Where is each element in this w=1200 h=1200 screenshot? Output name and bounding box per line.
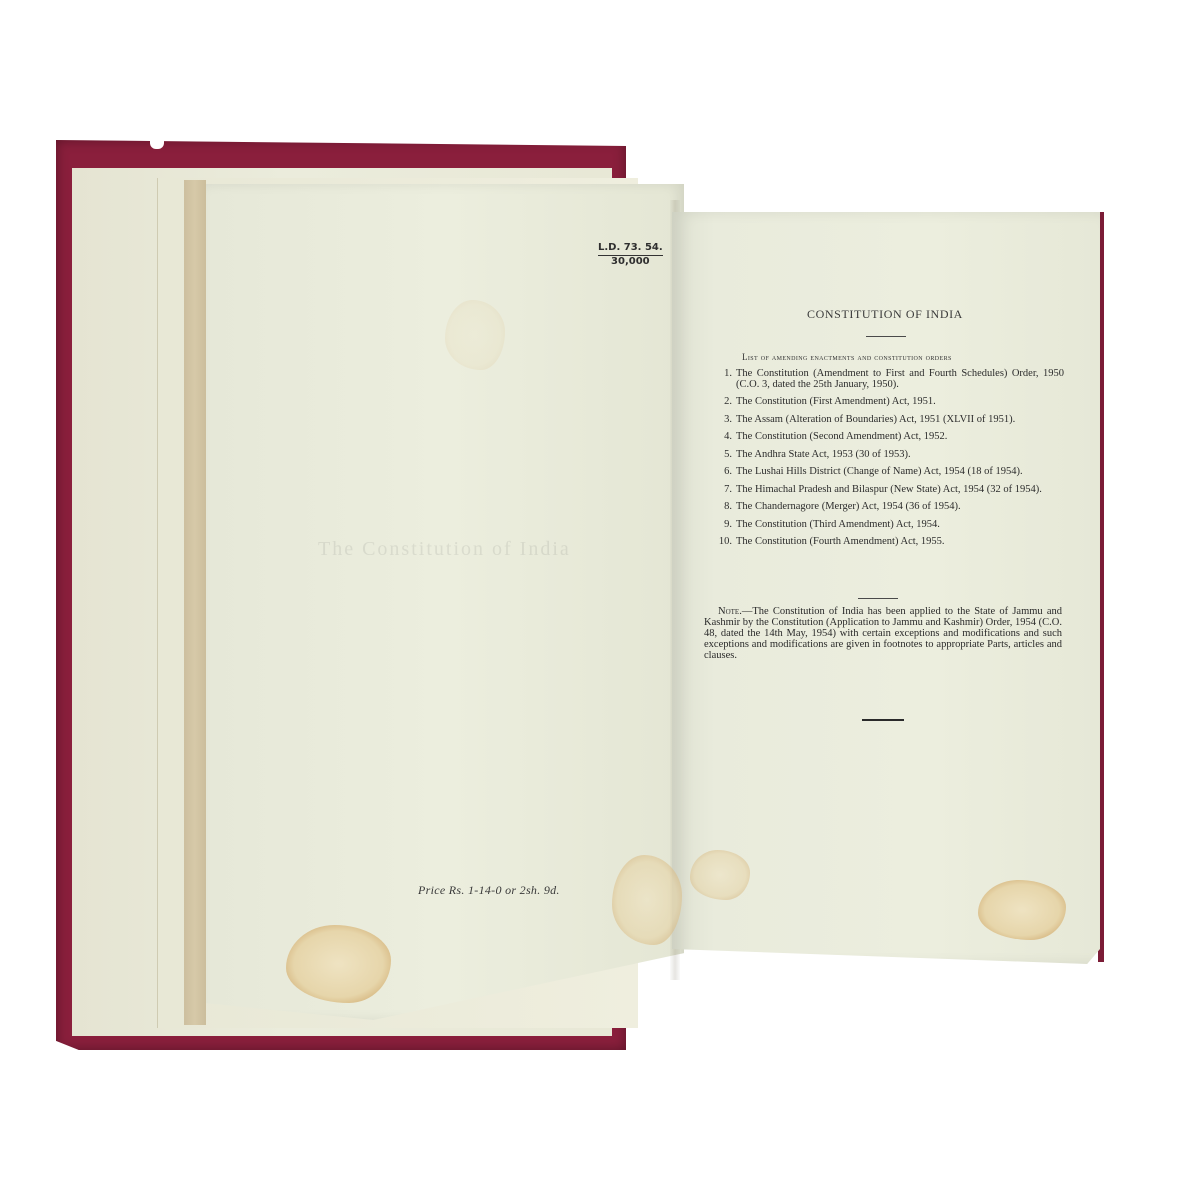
faded-show-through-title: The Constitution of India [318, 538, 571, 561]
list-item: 8.The Chandernagore (Merger) Act, 1954 (… [718, 502, 1064, 513]
water-stain [690, 850, 750, 900]
water-stain [286, 925, 391, 1003]
amendments-list: 1.The Constitution (Amendment to First a… [718, 369, 1064, 555]
list-item: 5.The Andhra State Act, 1953 (30 of 1953… [718, 450, 1064, 461]
list-item: 9.The Constitution (Third Amendment) Act… [718, 520, 1064, 531]
faint-stain [445, 300, 505, 370]
binding-tape-strip [184, 180, 206, 1025]
note-paragraph: Note.—The Constitution of India has been… [704, 606, 1062, 661]
list-item: 7.The Himachal Pradesh and Bilaspur (New… [718, 485, 1064, 496]
print-run-count: 30,000 [598, 256, 663, 268]
print-reference-stamp: L.D. 73. 54. 30,000 [598, 242, 663, 268]
print-reference-code: L.D. 73. 54. [598, 242, 663, 256]
page-title: CONSTITUTION OF INDIA [700, 307, 1070, 322]
list-item: 1.The Constitution (Amendment to First a… [718, 369, 1064, 390]
note-label: Note. [718, 606, 742, 617]
list-item: 2.The Constitution (First Amendment) Act… [718, 397, 1064, 408]
list-divider [858, 598, 898, 599]
list-item: 4.The Constitution (Second Amendment) Ac… [718, 432, 1064, 443]
right-page [672, 212, 1100, 964]
water-stain [978, 880, 1066, 940]
price-line: Price Rs. 1-14-0 or 2sh. 9d. [418, 883, 560, 898]
list-item: 10.The Constitution (Fourth Amendment) A… [718, 537, 1064, 548]
title-divider [866, 336, 906, 337]
note-text: —The Constitution of India has been appl… [704, 606, 1062, 661]
list-item: 6.The Lushai Hills District (Change of N… [718, 467, 1064, 478]
list-item: 3.The Assam (Alteration of Boundaries) A… [718, 415, 1064, 426]
list-heading: List of amending enactments and constitu… [742, 352, 952, 362]
water-stain [612, 855, 682, 945]
end-mark-rule [862, 719, 904, 721]
